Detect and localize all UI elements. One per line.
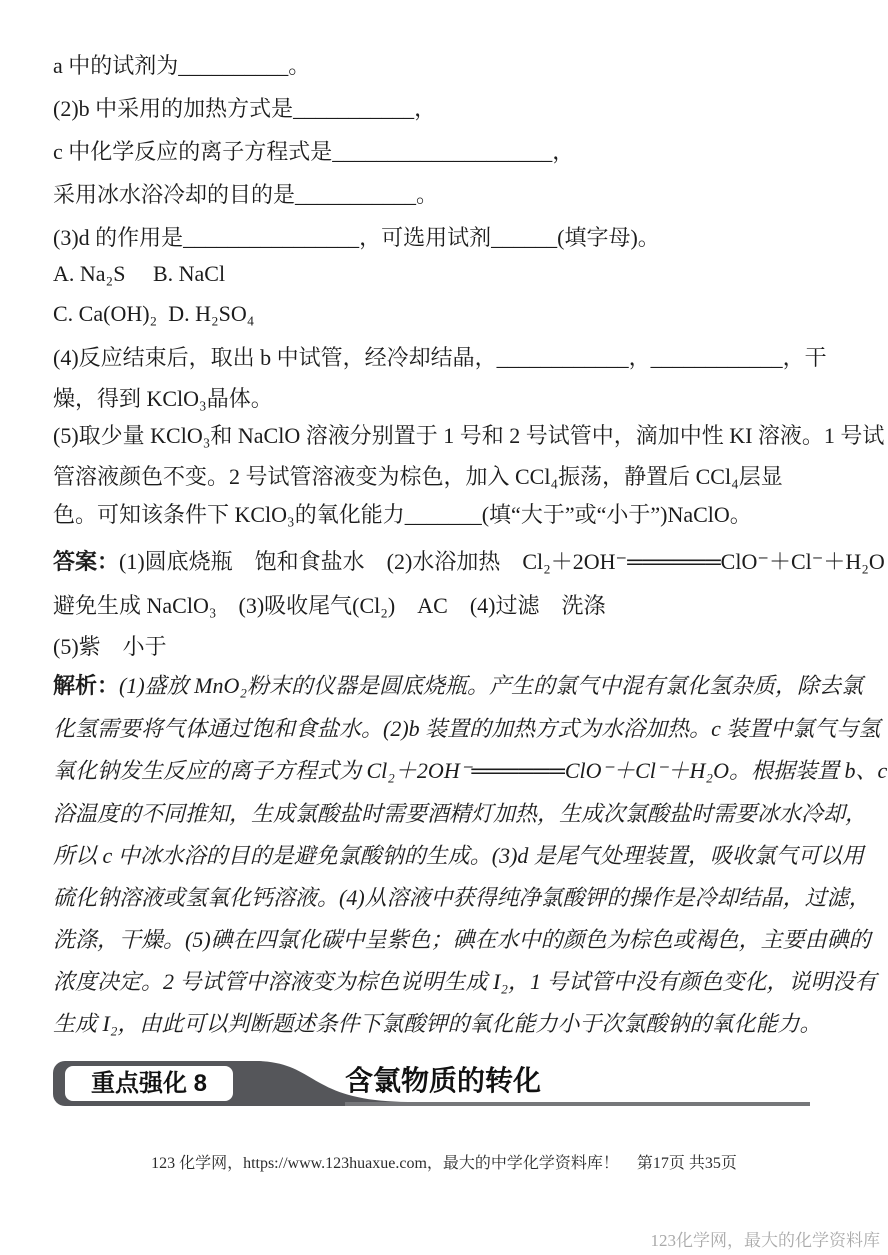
option-row-ab: A. Na₂S B. NaCl bbox=[53, 259, 853, 289]
analysis-line-1: 解析：(1)盛放 MnO₂粉末的仪器是圆底烧瓶。产生的氯气中混有氯化氢杂质，除去… bbox=[53, 671, 853, 701]
question-line-3-d-function: (3)d 的作用是________________，可选用试剂______(填字… bbox=[53, 223, 853, 253]
analysis-line-1-text: (1)盛放 MnO₂粉末的仪器是圆底烧瓶。产生的氯气中混有氯化氢杂质，除去氯 bbox=[119, 673, 863, 698]
banner-underline bbox=[345, 1102, 810, 1106]
question-line-a-reagent: a 中的试剂为__________。 bbox=[53, 51, 853, 81]
watermark-text: 123化学网，最大的化学资料库 bbox=[651, 1226, 881, 1251]
analysis-line-6: 硫化钠溶液或氢氧化钙溶液。(4)从溶液中获得纯净氯酸钾的操作是冷却结晶，过滤， bbox=[53, 883, 853, 913]
question-line-4-part2: 燥，得到 KClO₃晶体。 bbox=[53, 384, 853, 414]
question-line-5-part2: 管溶液颜色不变。2 号试管溶液变为棕色，加入 CCl₄振荡，静置后 CCl₄层显 bbox=[53, 462, 853, 492]
analysis-label: 解析： bbox=[53, 673, 119, 698]
question-line-ice-bath-purpose: 采用冰水浴冷却的目的是___________。 bbox=[53, 180, 853, 210]
option-row-cd: C. Ca(OH)₂ D. H₂SO₄ bbox=[53, 299, 853, 329]
analysis-line-5: 所以 c 中冰水浴的目的是避免氯酸钠的生成。(3)d 是尾气处理装置，吸收氯气可… bbox=[53, 841, 853, 871]
answer-line-2: 避免生成 NaClO₃ (3)吸收尾气(Cl₂) AC (4)过滤 洗涤 bbox=[53, 591, 853, 621]
section-badge: 重点强化 8 bbox=[65, 1066, 233, 1101]
analysis-line-7: 洗涤，干燥。(5)碘在四氯化碳中呈紫色；碘在水中的颜色为棕色或褐色，主要由碘的 bbox=[53, 925, 853, 955]
analysis-line-9: 生成 I₂，由此可以判断题述条件下氯酸钾的氧化能力小于次氯酸钠的氧化能力。 bbox=[53, 1009, 853, 1039]
footer-page-number: 第17页 共35页 bbox=[637, 1155, 737, 1172]
analysis-line-2: 化氢需要将气体通过饱和食盐水。(2)b 装置的加热方式为水浴加热。c 装置中氯气… bbox=[53, 714, 853, 744]
analysis-line-4: 浴温度的不同推知，生成氯酸盐时需要酒精灯加热，生成次氯酸盐时需要冰水冷却， bbox=[53, 799, 853, 829]
answer-line-1-text: (1)圆底烧瓶 饱和食盐水 (2)水浴加热 Cl₂＋2OH⁻══════ClO⁻… bbox=[119, 549, 885, 574]
page-footer: 123 化学网，https://www.123huaxue.com，最大的中学化… bbox=[0, 1150, 888, 1173]
answer-label: 答案： bbox=[53, 549, 119, 574]
question-line-2-heating: (2)b 中采用的加热方式是___________， bbox=[53, 94, 853, 124]
answer-line-1: 答案：(1)圆底烧瓶 饱和食盐水 (2)水浴加热 Cl₂＋2OH⁻══════C… bbox=[53, 547, 853, 577]
question-line-4-part1: (4)反应结束后，取出 b 中试管，经冷却结晶，____________，___… bbox=[53, 343, 853, 373]
answer-line-3: (5)紫 小于 bbox=[53, 632, 853, 662]
question-line-5-part1: (5)取少量 KClO₃和 NaClO 溶液分别置于 1 号和 2 号试管中，滴… bbox=[53, 421, 853, 451]
section-banner: 重点强化 8 含氯物质的转化 bbox=[53, 1061, 813, 1109]
section-title: 含氯物质的转化 bbox=[345, 1062, 541, 1102]
analysis-line-8: 浓度决定。2 号试管中溶液变为棕色说明生成 I₂，1 号试管中没有颜色变化，说明… bbox=[53, 967, 853, 997]
question-line-ionic-equation: c 中化学反应的离子方程式是____________________， bbox=[53, 137, 853, 167]
question-line-5-part3: 色。可知该条件下 KClO₃的氧化能力_______(填“大于”或“小于”)Na… bbox=[53, 500, 853, 530]
footer-site-text: 123 化学网，https://www.123huaxue.com，最大的中学化… bbox=[151, 1155, 619, 1172]
analysis-line-3: 氧化钠发生反应的离子方程式为 Cl₂＋2OH⁻══════ClO⁻＋Cl⁻＋H₂… bbox=[53, 756, 853, 786]
